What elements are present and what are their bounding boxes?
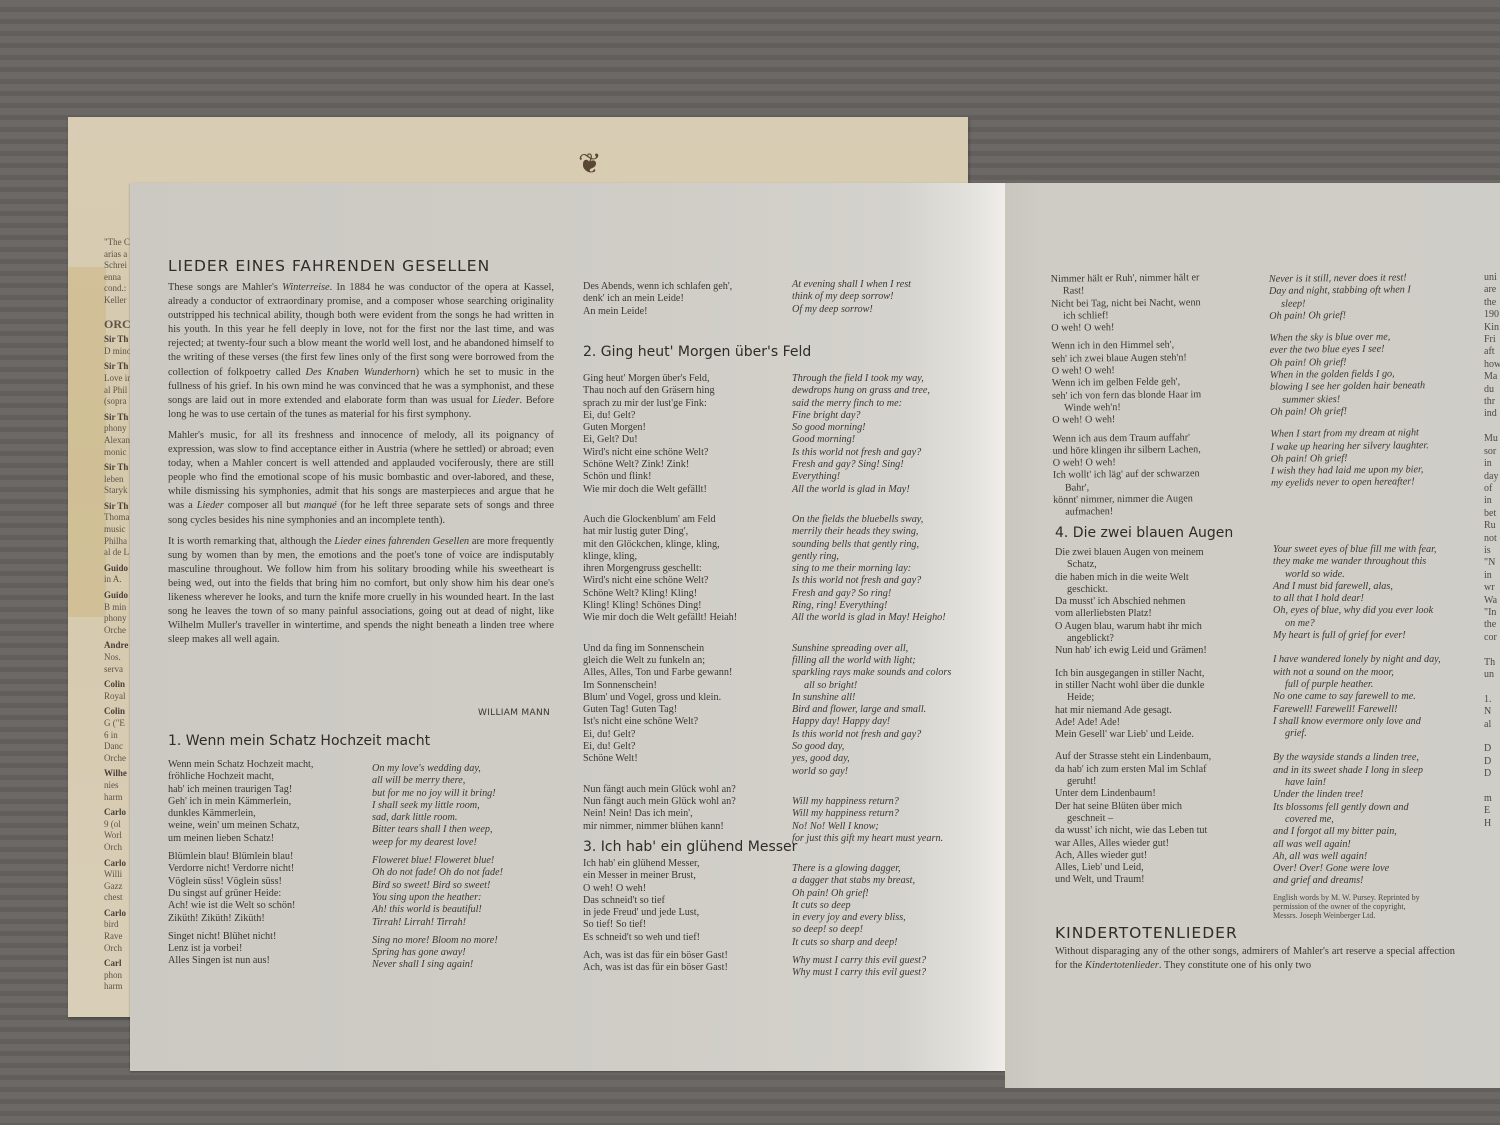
lyric-line: In sunshine all! [792,692,951,704]
lyric-line: sprach zu mir der lust'ge Fink: [583,398,737,410]
lyric-line: You sing upon the heather: [372,892,503,904]
lyric-line: Is this world not fresh and gay? [792,575,951,587]
lyric-line: Fine bright day? [792,410,951,422]
paper-stain [68,267,106,617]
lyric-line: geschneit – [1055,813,1211,825]
lyric-line: Guten Morgen! [583,422,737,434]
lyric-line: Ei, du! Gelt? [583,729,737,741]
lyric-line: geschickt. [1055,584,1211,596]
lyric-line: so deep! so deep! [792,924,926,936]
lyric-line: Ah, all was well again! [1273,851,1441,863]
lyric-line: Vöglein süss! Vöglein süss! [168,876,313,888]
lyric-line: und Welt, und Traum! [1055,874,1211,886]
lyric-line: Ich wollt' ich läg' auf der schwarzen [1053,469,1203,483]
lyric-line: um meinen lieben Schatz! [168,833,313,845]
lyric-line: No one came to say farewell to me. [1273,691,1441,703]
lyric-line: Wie mir doch die Welt gefällt! Heiah! [583,612,737,624]
lyric-line: Alles, Alles, Ton und Farbe gewann! [583,667,737,679]
edge-fragment: un [1484,669,1500,681]
lyric-line: Ei, du! Gelt? [583,410,737,422]
edge-fragment: wr [1484,582,1500,594]
song-title: 4. Die zwei blauen Augen [1055,525,1233,541]
lyric-line: filling all the world with light; [792,655,951,667]
lyric-line: On the fields the bluebells sway, [792,514,951,526]
lyric-line: Sing no more! Bloom no more! [372,935,503,947]
stanza: I have wandered lonely by night and day,… [1273,654,1441,740]
edge-fragment: "N [1484,557,1500,569]
english-lyrics: Never is it still, never does it rest!Da… [1269,272,1430,500]
lyric-line: seh' ich von fern das blonde Haar im [1052,389,1202,403]
intro-paragraph: It is worth remarking that, although the… [168,535,554,648]
lyric-line: and I forgot all my bitter pain, [1273,826,1441,838]
lyric-line: Its blossoms fell gently down and [1273,802,1441,814]
lyric-line: fröhliche Hochzeit macht, [168,771,313,783]
lyric-line: Fresh and gay? So ring! [792,588,951,600]
lyric-line: Nicht bei Tag, nicht bei Nacht, wenn [1051,297,1201,311]
edge-fragment: D [1484,743,1500,755]
lyric-line: I wake up hearing her silvery laughter. [1271,440,1429,454]
lyric-line: Schön und flink! [583,471,737,483]
edge-fragment: day [1484,471,1500,483]
edge-fragment: cor [1484,632,1500,644]
stanza: Through the field I took my way,dewdrops… [792,373,951,496]
section-title: KINDERTOTENLIEDER [1055,924,1238,942]
lyric-line: Da musst' ich Abschied nehmen [1055,596,1211,608]
lyric-line: Nun fängt auch mein Glück wohl an? [583,784,737,796]
lyric-line: Schatz, [1055,559,1211,571]
lyric-line: Happy day! Happy day! [792,716,951,728]
lyric-line: O weh! O weh! [1052,413,1202,427]
lyric-line: No! No! Well I know; [792,821,951,833]
song-title: 1. Wenn mein Schatz Hochzeit macht [168,733,430,749]
lyric-line: I have wandered lonely by night and day, [1273,654,1441,666]
song-title: 3. Ich hab' ein glühend Messer [583,839,797,855]
lyric-line: denk' ich an mein Leide! [583,293,732,305]
edge-fragment: Wa [1484,595,1500,607]
lyric-line: Die zwei blauen Augen von meinem [1055,547,1211,559]
lyric-line: So good morning! [792,422,951,434]
lyric-line: O weh! O weh! [1051,321,1201,335]
lyric-line: Unter dem Lindenbaum! [1055,788,1211,800]
stanza: Ich hab' ein glühend Messer,ein Messer i… [583,858,728,944]
stanza: Die zwei blauen Augen von meinemSchatz,d… [1055,547,1211,658]
lyric-line: Bird so sweet! Bird so sweet! [372,880,503,892]
edge-fragment: D [1484,756,1500,768]
lyric-line: to all that I hold dear! [1273,593,1441,605]
lyric-line: blowing I see her golden hair beneath [1270,381,1428,395]
lyric-line: Auch die Glockenblum' am Feld [583,514,737,526]
lyric-line: da wusst' ich nicht, wie das Leben tut [1055,825,1211,837]
edge-fragment: 1. [1484,694,1500,706]
lyric-line: they make me wander throughout this [1273,556,1441,568]
edge-fragment: Ma [1484,371,1500,383]
lyric-line: sounding bells that gently ring, [792,539,951,551]
lyric-line: mit den Glöckchen, klinge, kling, [583,539,737,551]
lyric-line: dunkles Kämmerlein, [168,808,313,820]
lyric-line: my eyelids never to open hereafter! [1271,477,1429,491]
lyric-line: und höre klingen ihr silbern Lachen, [1052,444,1202,458]
german-lyrics: Die zwei blauen Augen von meinemSchatz,d… [1055,547,1211,897]
lyric-line: Oh pain! Oh grief! [1270,405,1428,419]
lyric-line: Will my happiness return? [792,808,951,820]
german-lyrics: Wenn mein Schatz Hochzeit macht,fröhlich… [168,759,313,974]
author-name: WILLIAM MANN [478,708,550,718]
lyric-line: Fresh and gay? Sing! Sing! [792,459,951,471]
lyric-line: Day and night, stabbing oft when I [1269,284,1427,298]
left-page: LIEDER EINES FAHRENDEN GESELLEN These so… [130,183,1005,1071]
german-lyrics: Nimmer hält er Ruh', nimmer hält erRast!… [1051,272,1203,525]
lyric-line: Ei, du! Gelt? [583,741,737,753]
edge-fragment: Th [1484,657,1500,669]
lyric-line: Your sweet eyes of blue fill me with fea… [1273,544,1441,556]
lyric-line: Schöne Welt? Kling! Kling! [583,588,737,600]
cherub-icon: ❦ [578,147,601,180]
stanza: When I start from my dream at nightI wak… [1270,427,1429,490]
edge-fragment: sor [1484,446,1500,458]
lyric-line: and in its sweet shade I long in sleep [1273,765,1441,777]
stanza: Never is it still, never does it rest!Da… [1269,272,1428,323]
lyric-line: Farewell! Farewell! Farewell! [1273,704,1441,716]
lyric-line: And I must bid farewell, alas, [1273,581,1441,593]
lyric-line: Ich bin ausgegangen in stiller Nacht, [1055,668,1211,680]
edge-fragment [1484,644,1500,656]
lyric-line: Geh' ich in mein Kämmerlein, [168,796,313,808]
lyric-line: Good morning! [792,434,951,446]
lyric-line: sing to me their morning lay: [792,563,951,575]
lyric-line: Ei, Gelt? Du! [583,434,737,446]
lyric-line: Lenz ist ja vorbei! [168,943,313,955]
lyric-line: with not a sound on the moor, [1273,667,1441,679]
lyric-line: könnt' nimmer, nimmer die Augen [1053,493,1203,507]
edge-fragment: of [1484,483,1500,495]
lyric-line: and grief and dreams! [1273,875,1441,887]
edge-fragment: the [1484,619,1500,631]
lyric-line: Schöne Welt! [583,753,737,765]
intro-paragraph: These songs are Mahler's Winterreise. In… [168,281,554,422]
edge-fragment: Mu [1484,433,1500,445]
lyric-line: a dagger that stabs my breast, [792,875,926,887]
edge-fragment: uni [1484,272,1500,284]
lyric-line: weine, wein' um meinen Schatz, [168,820,313,832]
edge-fragment [1484,681,1500,693]
lyric-line: da hab' ich zum ersten Mal im Schlaf [1055,764,1211,776]
lyric-line: geruht! [1055,776,1211,788]
lyric-line: Ich hab' ein glühend Messer, [583,858,728,870]
translation-credit: English words by M. W. Pursey. Reprinted… [1273,893,1420,920]
lyric-line: Im Sonnenschein! [583,680,737,692]
lyric-line: At evening shall I when I rest [792,279,911,291]
edge-fragment: ind [1484,408,1500,420]
lyric-line: Ach, was ist das für ein böser Gast! [583,962,728,974]
stanza: When the sky is blue over me,ever the tw… [1269,331,1428,419]
intro-text: These songs are Mahler's Winterreise. In… [168,281,554,654]
lyric-line: My heart is full of grief for ever! [1273,630,1441,642]
lyric-line: Wird's nicht eine schöne Welt? [583,575,737,587]
lyric-line: in jede Freud' und jede Lust, [583,907,728,919]
stanza: Why must I carry this evil guest?Why mus… [792,955,926,980]
lyric-line: on me? [1273,618,1441,630]
lyric-line: O weh! O weh! [583,883,728,895]
lyric-line: By the wayside stands a linden tree, [1273,752,1441,764]
stanza: Your sweet eyes of blue fill me with fea… [1273,544,1441,642]
lyric-line: Ist's nicht eine schöne Welt? [583,716,737,728]
lyric-line: Over! Over! Gone were love [1273,863,1441,875]
edge-fragment: the [1484,297,1500,309]
edge-fragment: are [1484,284,1500,296]
lyric-line: I shall know evermore only love and [1273,716,1441,728]
lyric-line: die haben mich in die weite Welt [1055,572,1211,584]
lyric-line: Ach! wie ist die Welt so schön! [168,900,313,912]
english-lyrics: At evening shall I when I restthink of m… [792,279,911,316]
lyric-line: dewdrops hung on grass and tree, [792,385,951,397]
lyric-line: On my love's wedding day, [372,763,503,775]
lyric-line: Tirrah! Lirrah! Tirrah! [372,917,503,929]
edge-fragment: Ru [1484,520,1500,532]
edge-fragment: aft [1484,346,1500,358]
stanza: Wenn mein Schatz Hochzeit macht,fröhlich… [168,759,313,845]
english-lyrics: Your sweet eyes of blue fill me with fea… [1273,544,1441,900]
lyric-line: Ach, Alles wieder gut! [1055,850,1211,862]
lyric-line: O Augen blau, warum habt ihr mich [1055,621,1211,633]
lyric-line: All the world is glad in May! Heigho! [792,612,951,624]
stanza: Nimmer hält er Ruh', nimmer hält erRast!… [1051,272,1201,335]
lyric-line: Why must I carry this evil guest? [792,955,926,967]
intro-paragraph: Without disparaging any of the other son… [1055,945,1455,973]
lyric-line: mir nimmer, nimmer blühen kann! [583,821,737,833]
lyric-line: Spring has gone away! [372,947,503,959]
stanza: Und da fing im Sonnenscheingleich die We… [583,643,737,766]
lyric-line: Schöne Welt? Zink! Zink! [583,459,737,471]
edge-fragment: not [1484,533,1500,545]
german-lyrics: Des Abends, wenn ich schlafen geh',denk'… [583,281,732,318]
lyric-line: full of purple heather. [1273,679,1441,691]
lyric-line: Ziküth! Ziküth! Ziküth! [168,913,313,925]
lyric-line: all was well again! [1273,839,1441,851]
edge-fragment: al [1484,719,1500,731]
lyric-line: ein Messer in meiner Brust, [583,870,728,882]
lyric-line: war Alles, Alles wieder gut! [1055,838,1211,850]
stanza: Nun fängt auch mein Glück wohl an?Nun fä… [583,784,737,833]
lyric-line: Nimmer hält er Ruh', nimmer hält er [1051,272,1201,286]
lyric-line: Under the linden tree! [1273,789,1441,801]
lyric-line: Alles Singen ist nun aus! [168,955,313,967]
edge-fragment: how [1484,359,1500,371]
lyric-line: yes, good day, [792,753,951,765]
lyric-line: for just this gift my heart must yearn. [792,833,951,845]
lyric-line: All the world is glad in May! [792,484,951,496]
lyric-line: Everything! [792,471,951,483]
lyric-line: Bird and flower, large and small. [792,704,951,716]
intro-paragraph: Mahler's music, for all its freshness an… [168,429,554,528]
lyric-line: said the merry finch to me: [792,398,951,410]
stanza: Floweret blue! Floweret blue!Oh do not f… [372,855,503,929]
lyric-line: Der hat seine Blüten über mich [1055,801,1211,813]
lyric-line: Ah! this world is beautiful! [372,904,503,916]
lyric-line: Through the field I took my way, [792,373,951,385]
lyric-line: Ach, was ist das für ein böser Gast! [583,950,728,962]
lyric-line: Will my happiness return? [792,796,951,808]
lyric-line: Heide; [1055,692,1211,704]
lyric-line: but for me no joy will it bring! [372,788,503,800]
next-page-edge-text: uniarethe190KinFriafthowMaduthrind Musor… [1484,272,1500,830]
stanza: Ging heut' Morgen über's Feld,Thau noch … [583,373,737,496]
lyric-line: hat mir lustig guter Ding', [583,526,737,538]
lyric-line: When I start from my dream at night [1270,427,1428,441]
lyric-line: seh' ich zwei blaue Augen steh'n! [1052,352,1202,366]
lyric-line: Auf der Strasse steht ein Lindenbaum, [1055,751,1211,763]
right-page: Nimmer hält er Ruh', nimmer hält erRast!… [1005,183,1500,1088]
lyric-line: vom allerliebsten Platz! [1055,608,1211,620]
edge-fragment: in [1484,570,1500,582]
lyric-line: Verdorre nicht! Verdorre nicht! [168,863,313,875]
lyric-line: angeblickt? [1055,633,1211,645]
edge-fragment: m [1484,793,1500,805]
lyric-line: Messrs. Joseph Weinberger Ltd. [1273,911,1420,920]
edge-fragment: N [1484,706,1500,718]
english-lyrics: On my love's wedding day,all will be mer… [372,763,503,978]
lyric-line: grief. [1273,728,1441,740]
lyric-line: Ade! Ade! Ade! [1055,717,1211,729]
lyric-line: Sunshine spreading over all, [792,643,951,655]
lyric-line: Of my deep sorrow! [792,304,911,316]
lyric-line: Floweret blue! Floweret blue! [372,855,503,867]
lyric-line: It cuts so deep [792,900,926,912]
lyric-line: all so bright! [792,680,951,692]
stanza: Will my happiness return?Will my happine… [792,796,951,845]
lyric-line: world so gay! [792,766,951,778]
lyric-line: Das schneid't so tief [583,895,728,907]
page-title: LIEDER EINES FAHRENDEN GESELLEN [168,257,490,275]
lyric-line: sad, dark little room. [372,812,503,824]
lyric-line: Oh, eyes of blue, why did you ever look [1273,605,1441,617]
lyric-line: Nein! Nein! Das ich mein', [583,808,737,820]
lyric-line: covered me, [1273,814,1441,826]
lyric-line: Guten Tag! Guten Tag! [583,704,737,716]
lyric-line: It cuts so sharp and deep! [792,937,926,949]
edge-fragment: is [1484,545,1500,557]
english-lyrics: Through the field I took my way,dewdrops… [792,373,951,863]
lyric-line: Why must I carry this evil guest? [792,967,926,979]
lyric-line: Blum' und Vogel, gross und klein. [583,692,737,704]
lyric-line: Oh do not fade! Oh do not fade! [372,867,503,879]
lyric-line: I shall seek my little room, [372,800,503,812]
lyric-line: weep for my dearest love! [372,837,503,849]
stanza: Auf der Strasse steht ein Lindenbaum,da … [1055,751,1211,886]
stanza: Sing no more! Bloom no more!Spring has g… [372,935,503,972]
kinder-intro: Without disparaging any of the other son… [1055,945,1455,980]
lyric-line: Kling! Kling! Schönes Ding! [583,600,737,612]
edge-fragment: thr [1484,396,1500,408]
lyric-line: Blümlein blau! Blümlein blau! [168,851,313,863]
german-lyrics: Ich hab' ein glühend Messer,ein Messer i… [583,858,728,981]
stanza: Sunshine spreading over all,filling all … [792,643,951,778]
edge-fragment: in [1484,495,1500,507]
lyric-line: aufmachen! [1053,506,1203,520]
lyric-line: Des Abends, wenn ich schlafen geh', [583,281,732,293]
lyric-line: merrily their heads they swing, [792,526,951,538]
lyric-line: Alles, Lieb' und Leid, [1055,862,1211,874]
lyric-line: There is a glowing dagger, [792,863,926,875]
lyric-line: hab' ich meinen traurigen Tag! [168,784,313,796]
stanza: Wenn ich aus dem Traum auffahr'und höre … [1052,432,1203,520]
lyric-line: gleich die Welt zu funkeln an; [583,655,737,667]
stanza: Wenn ich in den Himmel seh',seh' ich zwe… [1051,340,1202,428]
lyric-line: Ging heut' Morgen über's Feld, [583,373,737,385]
lyric-line: Und da fing im Sonnenschein [583,643,737,655]
stanza: Blümlein blau! Blümlein blau!Verdorre ni… [168,851,313,925]
edge-fragment [1484,421,1500,433]
lyric-line: An mein Leide! [583,306,732,318]
stanza: Singet nicht! Blühet nicht!Lenz ist ja v… [168,931,313,968]
lyric-line: Bitter tears shall I then weep, [372,824,503,836]
lyric-line: Nun hab' ich ewig Leid und Grämen! [1055,645,1211,657]
lyric-line: English words by M. W. Pursey. Reprinted… [1273,893,1420,902]
lyric-line: Singet nicht! Blühet nicht! [168,931,313,943]
edge-fragment [1484,781,1500,793]
lyric-line: Oh pain! Oh grief! [1269,309,1427,323]
lyric-line: world so wide. [1273,569,1441,581]
lyric-line: So tief! So tief! [583,919,728,931]
lyric-line: Mein Gesell' war Lieb' und Leide. [1055,729,1211,741]
lyric-line: think of my deep sorrow! [792,291,911,303]
edge-fragment: Fri [1484,334,1500,346]
lyric-line: Thau noch auf den Gräsern hing [583,385,737,397]
lyric-line: have lain! [1273,777,1441,789]
lyric-line: Nun fängt auch mein Glück wohl an? [583,796,737,808]
edge-fragment: bet [1484,508,1500,520]
lyric-line: Es schneid't so weh und tief! [583,932,728,944]
stanza: There is a glowing dagger,a dagger that … [792,863,926,949]
song-title: 2. Ging heut' Morgen über's Feld [583,344,811,360]
lyric-line: gently ring, [792,551,951,563]
lyric-line: in every joy and every bliss, [792,912,926,924]
lyric-line: So good day, [792,741,951,753]
lyric-line: hat mir niemand Ade gesagt. [1055,705,1211,717]
edge-fragment [1484,731,1500,743]
edge-fragment: Kin [1484,322,1500,334]
lyric-line: Ring, ring! Everything! [792,600,951,612]
lyric-line: sparkling rays make sounds and colors [792,667,951,679]
lyric-line: permission of the owner of the copyright… [1273,902,1420,911]
lyric-line: Never shall I sing again! [372,959,503,971]
stanza: On my love's wedding day,all will be mer… [372,763,503,849]
lyric-line: Is this world not fresh and gay? [792,447,951,459]
edge-fragment: E [1484,805,1500,817]
edge-fragment: D [1484,768,1500,780]
stanza: Ich bin ausgegangen in stiller Nacht,in … [1055,668,1211,742]
stanza: On the fields the bluebells sway,merrily… [792,514,951,625]
lyric-line: in stiller Nacht wohl über die dunkle [1055,680,1211,692]
lyric-line: ihren Morgengruss geschellt: [583,563,737,575]
lyric-line: Wenn ich im gelben Felde geh', [1052,377,1202,391]
lyric-line: Wird's nicht eine schöne Welt? [583,447,737,459]
german-lyrics: Ging heut' Morgen über's Feld,Thau noch … [583,373,737,851]
english-lyrics: There is a glowing dagger,a dagger that … [792,863,926,986]
stanza: By the wayside stands a linden tree,and … [1273,752,1441,887]
stanza: Ach, was ist das für ein böser Gast!Ach,… [583,950,728,975]
lyric-line: all will be merry there, [372,775,503,787]
edge-fragment: H [1484,818,1500,830]
edge-fragment: 190 [1484,309,1500,321]
lyric-line: Du singst auf grüner Heide: [168,888,313,900]
lyric-line: Wie mir doch die Welt gefällt! [583,484,737,496]
lyric-line: Oh pain! Oh grief! [792,888,926,900]
lyric-line: Wenn mein Schatz Hochzeit macht, [168,759,313,771]
stanza: Auch die Glockenblum' am Feldhat mir lus… [583,514,737,625]
edge-fragment: in [1484,458,1500,470]
edge-fragment: "In [1484,607,1500,619]
lyric-line: Is this world not fresh and gay? [792,729,951,741]
